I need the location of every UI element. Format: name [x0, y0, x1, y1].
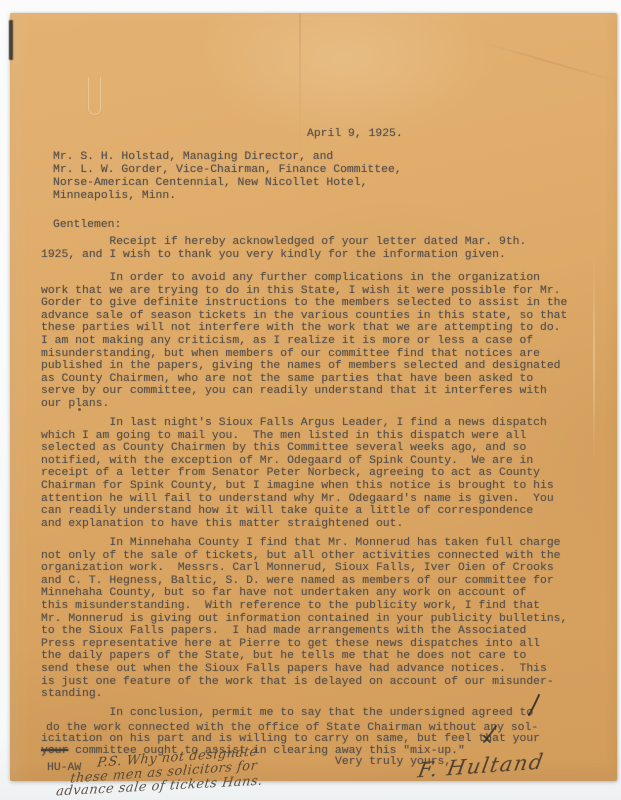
paper-crease [482, 42, 617, 83]
paragraph-1: Receipt if hereby acknowledged of your l… [41, 236, 526, 261]
recipient-address: Mr. S. H. Holstad, Managing Director, an… [53, 151, 402, 203]
paper-crease [593, 253, 595, 463]
pen-stroke-icon [527, 694, 541, 716]
paperclip-impression [88, 77, 101, 115]
pen-check-icon [481, 725, 501, 745]
paper-crease [299, 13, 301, 153]
scan-background: April 9, 1925. Mr. S. H. Holstad, Managi… [0, 0, 621, 800]
letter-paper: April 9, 1925. Mr. S. H. Holstad, Managi… [10, 13, 617, 781]
conclusion-line-1: In conclusion, permit me to say that the… [41, 707, 533, 720]
letter-date: April 9, 1925. [307, 128, 403, 141]
scan-edge-mark [9, 20, 13, 60]
paragraph-3: In last night's Sioux Falls Argus Leader… [41, 417, 554, 530]
salutation: Gentlemen: [53, 219, 121, 232]
paragraph-2: In order to avoid any further complicati… [41, 272, 567, 411]
conclusion-line-3: icitation on his part and is willing to … [41, 733, 540, 746]
struck-word: your [41, 745, 68, 757]
paragraph-4: In Minnehaha County I find that Mr. Monn… [41, 537, 567, 701]
